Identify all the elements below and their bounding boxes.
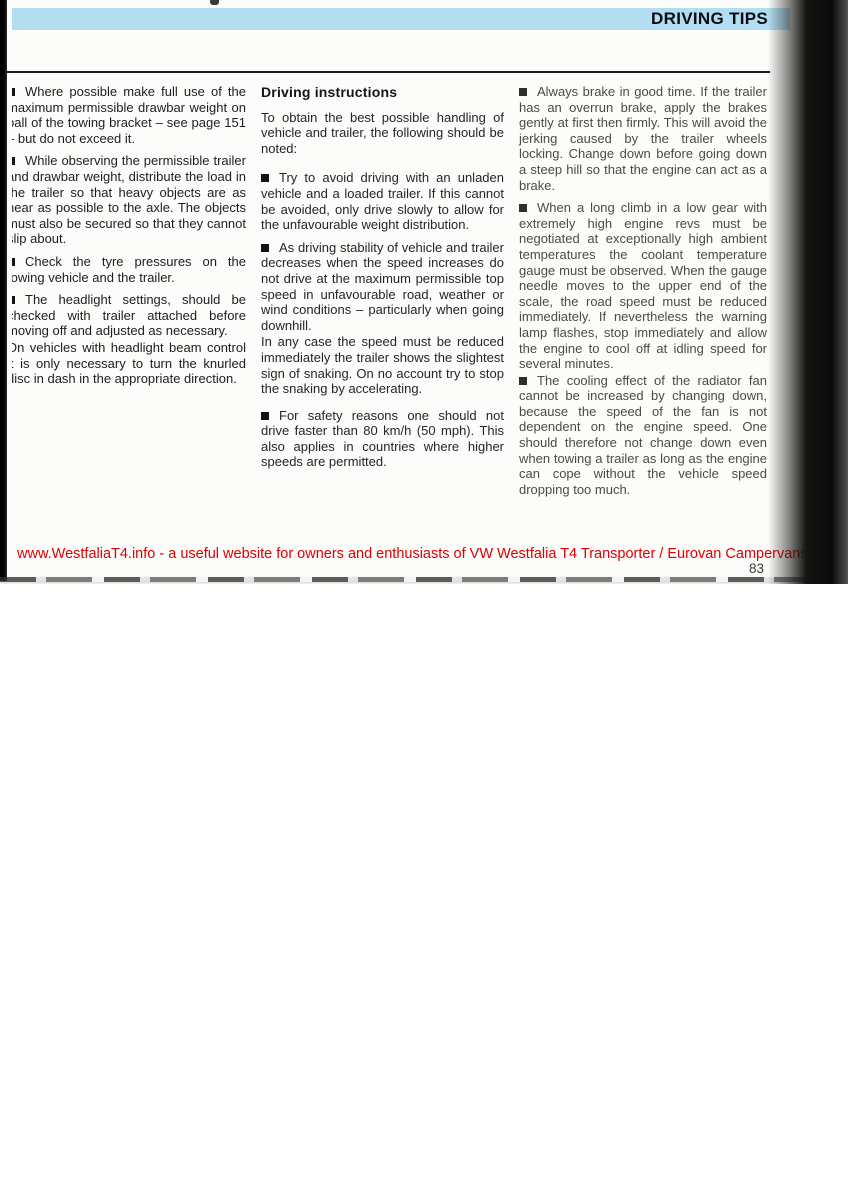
paragraph-text: Always brake in good time. If the traile…: [519, 84, 767, 193]
bullet-square-icon: [519, 377, 527, 385]
paragraph: The headlight settings, should be checke…: [12, 292, 246, 339]
column-middle: Driving instructions To obtain the best …: [261, 84, 504, 504]
paragraph-text: Where possible make full use of the maxi…: [12, 84, 246, 146]
bullet-square-icon: [12, 88, 15, 96]
paragraph: Always brake in good time. If the traile…: [519, 84, 767, 193]
paragraph: The cooling effect of the radiator fan c…: [519, 373, 767, 498]
bullet-square-icon: [12, 296, 15, 304]
paragraph: While observing the permissible trailer …: [12, 153, 246, 247]
paragraph-text: Check the tyre pressures on the towing v…: [12, 254, 246, 285]
paragraph: On vehicles with headlight beam control …: [12, 340, 246, 387]
bullet-square-icon: [261, 244, 269, 252]
bullet-square-icon: [519, 204, 527, 212]
paragraph: In any case the speed must be reduced im…: [261, 334, 504, 396]
paragraph: To obtain the best possible handling of …: [261, 110, 504, 157]
paragraph-text: To obtain the best possible handling of …: [261, 110, 504, 156]
bullet-square-icon: [261, 174, 269, 182]
paragraph: Where possible make full use of the maxi…: [12, 84, 246, 146]
page-bottom-edge: [0, 577, 848, 582]
column-left: Where possible make full use of the maxi…: [12, 84, 246, 504]
bullet-square-icon: [12, 258, 15, 266]
book-right-edge: [768, 0, 848, 584]
section-title: DRIVING TIPS: [651, 9, 768, 29]
page-canvas: DRIVING TIPS Where possible make full us…: [0, 0, 848, 1200]
watermark-text: www.WestfaliaT4.info - a useful website …: [17, 546, 822, 562]
page-number: 83: [690, 561, 764, 576]
text-columns: Where possible make full use of the maxi…: [12, 84, 767, 504]
paragraph: When a long climb in a low gear with ext…: [519, 200, 767, 372]
paragraph-text: The headlight settings, should be checke…: [12, 292, 246, 338]
column-left-text: Where possible make full use of the maxi…: [12, 84, 246, 387]
paragraph: For safety reasons one should not drive …: [261, 408, 504, 470]
paragraph-text: As driving stability of vehicle and trai…: [261, 240, 504, 333]
bullet-square-icon: [519, 88, 527, 96]
paragraph-text: Try to avoid driving with an unladen veh…: [261, 170, 504, 232]
paragraph-text: In any case the speed must be reduced im…: [261, 334, 504, 396]
column-right: Always brake in good time. If the traile…: [519, 84, 767, 504]
paragraph: Check the tyre pressures on the towing v…: [12, 254, 246, 285]
scan-artifact: [210, 0, 219, 5]
paragraph-text: The cooling effect of the radiator fan c…: [519, 373, 767, 497]
paragraph: Try to avoid driving with an unladen veh…: [261, 170, 504, 232]
scanned-manual-page: DRIVING TIPS Where possible make full us…: [0, 0, 848, 584]
bullet-square-icon: [261, 412, 269, 420]
paragraph-text: On vehicles with headlight beam control …: [12, 340, 246, 386]
paragraph: As driving stability of vehicle and trai…: [261, 240, 504, 334]
paragraph-text: When a long climb in a low gear with ext…: [519, 200, 767, 371]
section-header-bar: DRIVING TIPS: [12, 8, 790, 30]
paragraph-text: For safety reasons one should not drive …: [261, 408, 504, 470]
page-left-edge: [0, 0, 7, 581]
header-rule: [7, 71, 770, 73]
column-heading: Driving instructions: [261, 85, 504, 101]
bullet-square-icon: [12, 157, 15, 165]
paragraph-text: While observing the permissible trailer …: [12, 153, 246, 246]
